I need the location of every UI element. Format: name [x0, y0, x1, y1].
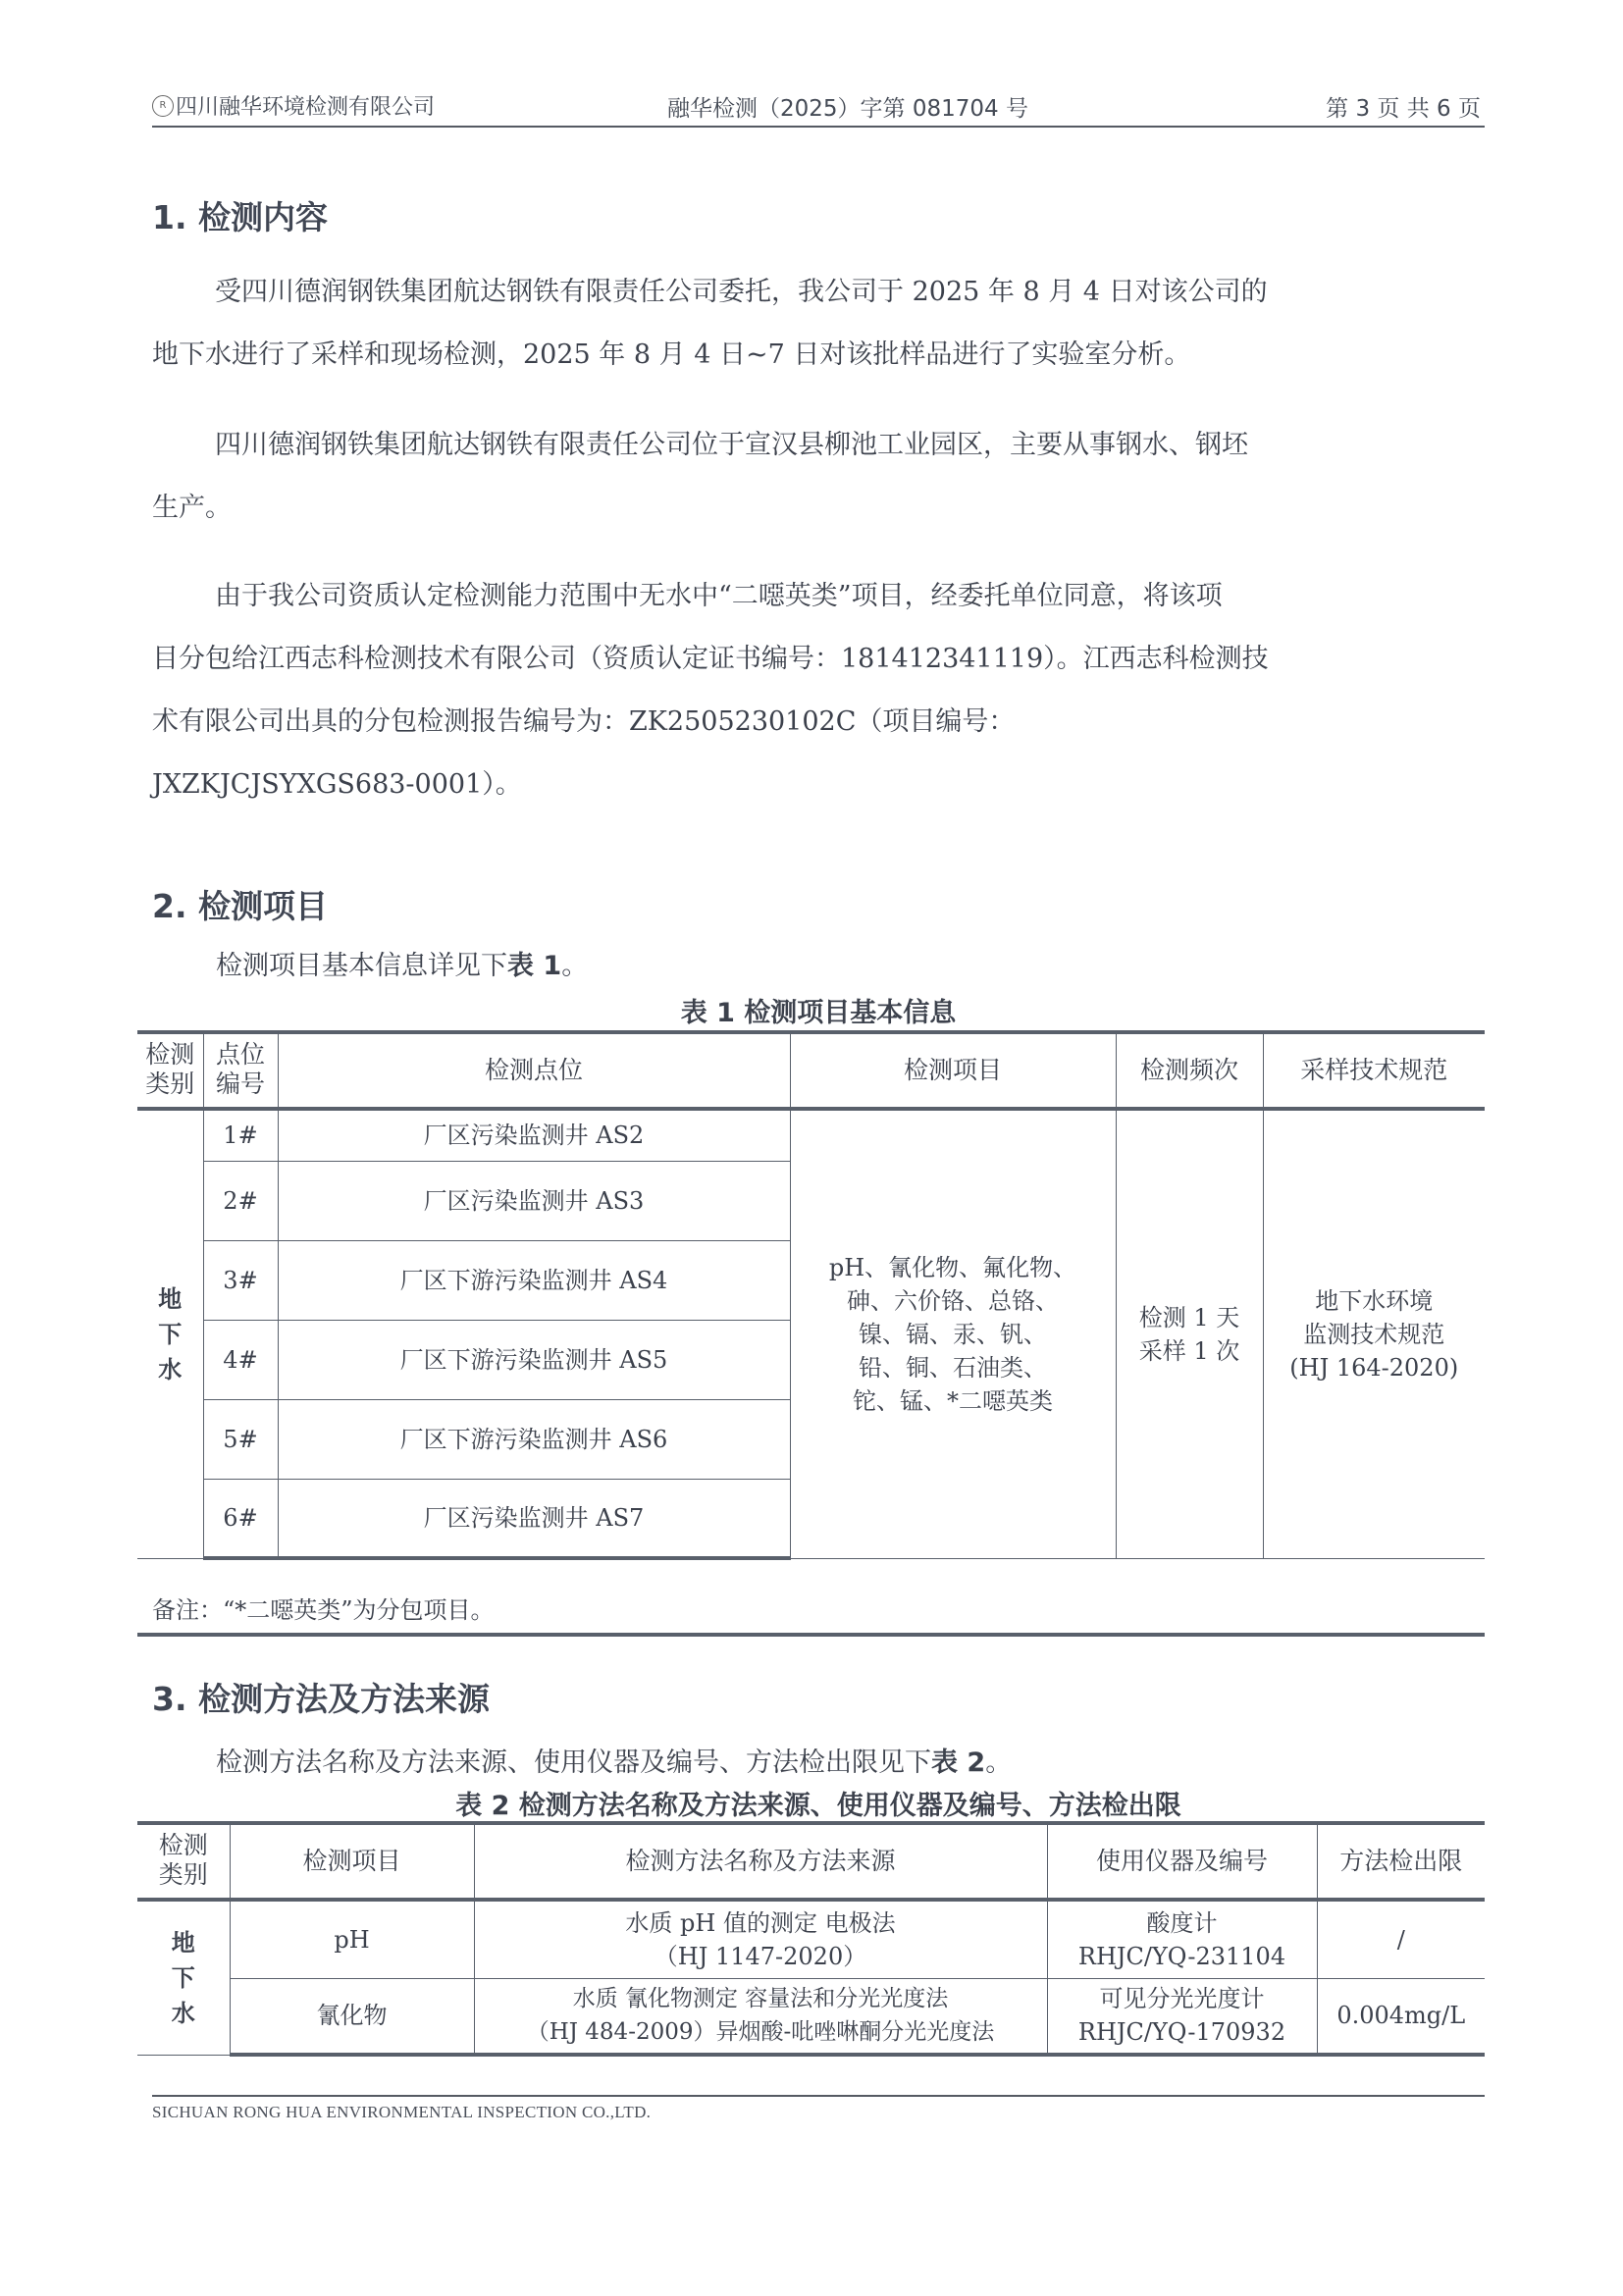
instrument-line: 酸度计 [1048, 1906, 1317, 1940]
method-line: 水质 pH 值的测定 电极法 [475, 1906, 1047, 1940]
table-2-caption: 表 2 检测方法名称及方法来源、使用仪器及编号、方法检出限 [152, 1784, 1485, 1822]
company-name: 四川融华环境检测有限公司 [176, 90, 435, 121]
header-company: R 四川融华环境检测有限公司 [152, 90, 435, 121]
col-header-point-no: 点位编号 [203, 1032, 278, 1109]
lead-end: 。 [985, 1748, 1012, 1778]
table-row: 地下水 1# 厂区污染监测井 AS2 pH、氰化物、氟化物、 砷、六价铬、总铬、… [137, 1109, 1485, 1161]
text-line: 四川德润钢铁集团航达钢铁有限责任公司位于宣汉县柳池工业园区，主要从事钢水、钢坯 [152, 414, 1485, 477]
instrument-line: RHJC/YQ-231104 [1048, 1940, 1317, 1973]
table-1-caption: 表 1 检测项目基本信息 [152, 991, 1485, 1029]
instrument-line: RHJC/YQ-170932 [1048, 2015, 1317, 2049]
col-header-location: 检测点位 [278, 1032, 790, 1109]
section-1-title: 1. 检测内容 [152, 192, 328, 238]
item: pH [230, 1900, 474, 1978]
section-3-lead: 检测方法名称及方法来源、使用仪器及编号、方法检出限见下表 2。 [216, 1741, 1012, 1779]
col-header-method: 检测方法名称及方法来源 [474, 1823, 1047, 1900]
point-no: 4# [203, 1320, 278, 1399]
col-header-frequency: 检测频次 [1116, 1032, 1263, 1109]
report-number: 融华检测（2025）字第 081704 号 [667, 90, 1028, 123]
page-footer: SICHUAN RONG HUA ENVIRONMENTAL INSPECTIO… [152, 2095, 1485, 2122]
col-header-limit: 方法检出限 [1317, 1823, 1485, 1900]
detection-limit: / [1317, 1900, 1485, 1978]
items-line: 砷、六价铬、总铬、 [791, 1284, 1116, 1318]
lead-text: 检测项目基本信息详见下 [216, 951, 507, 981]
frequency-line: 采样 1 次 [1117, 1334, 1263, 1368]
location: 厂区下游污染监测井 AS4 [278, 1240, 790, 1320]
frequency-line: 检测 1 天 [1117, 1301, 1263, 1334]
text-line: 术有限公司出具的分包检测报告编号为：ZK2505230102C（项目编号： [152, 691, 1485, 754]
table-1-note: 备注：“*二噁英类”为分包项目。 [137, 1588, 1485, 1637]
company-logo-icon: R [152, 95, 174, 117]
section-1-paragraph-2: 四川德润钢铁集团航达钢铁有限责任公司位于宣汉县柳池工业园区，主要从事钢水、钢坯 … [152, 414, 1485, 540]
text-line: 由于我公司资质认定检测能力范围中无水中“二噁英类”项目，经委托单位同意，将该项 [152, 565, 1485, 628]
point-no: 1# [203, 1109, 278, 1161]
spec-line: (HJ 164-2020) [1264, 1351, 1486, 1384]
frequency-cell: 检测 1 天 采样 1 次 [1116, 1109, 1263, 1558]
location: 厂区污染监测井 AS3 [278, 1161, 790, 1240]
col-header-instrument: 使用仪器及编号 [1047, 1823, 1317, 1900]
method: 水质 氰化物测定 容量法和分光光度法 （HJ 484-2009）异烟酸-吡唑啉酮… [474, 1978, 1047, 2055]
text-line: JXZKJCJSYXGS683-0001）。 [152, 754, 1485, 816]
instrument: 可见分光光度计 RHJC/YQ-170932 [1047, 1978, 1317, 2055]
method-line: 水质 氰化物测定 容量法和分光光度法 [475, 1982, 1047, 2015]
spec-line: 地下水环境 [1264, 1284, 1486, 1318]
col-header-spec: 采样技术规范 [1263, 1032, 1485, 1109]
section-1-paragraph-3: 由于我公司资质认定检测能力范围中无水中“二噁英类”项目，经委托单位同意，将该项 … [152, 565, 1485, 816]
col-header-category: 检测类别 [137, 1032, 203, 1109]
detection-limit: 0.004mg/L [1317, 1978, 1485, 2055]
page-header: R 四川融华环境检测有限公司 融华检测（2025）字第 081704 号 第 3… [152, 88, 1485, 128]
category-cell: 地下水 [137, 1900, 230, 2055]
text-line: 目分包给江西志科检测技术有限公司（资质认定证书编号：181412341119）。… [152, 628, 1485, 691]
point-no: 6# [203, 1479, 278, 1558]
section-1-paragraph-1: 受四川德润钢铁集团航达钢铁有限责任公司委托，我公司于 2025 年 8 月 4 … [152, 261, 1485, 387]
instrument: 酸度计 RHJC/YQ-231104 [1047, 1900, 1317, 1978]
category-cell: 地下水 [137, 1109, 203, 1558]
point-no: 2# [203, 1161, 278, 1240]
table-reference: 表 2 [931, 1748, 985, 1778]
point-no: 5# [203, 1399, 278, 1479]
items-cell: pH、氰化物、氟化物、 砷、六价铬、总铬、 镍、镉、汞、钒、 铅、铜、石油类、 … [790, 1109, 1116, 1558]
col-header-category: 检测类别 [137, 1823, 230, 1900]
items-line: 铊、锰、*二噁英类 [791, 1384, 1116, 1418]
location: 厂区污染监测井 AS7 [278, 1479, 790, 1558]
spec-line: 监测技术规范 [1264, 1318, 1486, 1351]
lead-text: 检测方法名称及方法来源、使用仪器及编号、方法检出限见下 [216, 1748, 931, 1778]
page-number: 第 3 页 共 6 页 [1326, 90, 1481, 123]
table-reference: 表 1 [507, 951, 561, 981]
items-line: pH、氰化物、氟化物、 [791, 1251, 1116, 1284]
text-line: 受四川德润钢铁集团航达钢铁有限责任公司委托，我公司于 2025 年 8 月 4 … [152, 261, 1485, 324]
text-line: 生产。 [152, 477, 1485, 540]
location: 厂区下游污染监测井 AS5 [278, 1320, 790, 1399]
table-row: 氰化物 水质 氰化物测定 容量法和分光光度法 （HJ 484-2009）异烟酸-… [137, 1978, 1485, 2055]
table-header-row: 检测类别 检测项目 检测方法名称及方法来源 使用仪器及编号 方法检出限 [137, 1823, 1485, 1900]
items-line: 铅、铜、石油类、 [791, 1351, 1116, 1384]
col-header-item: 检测项目 [230, 1823, 474, 1900]
section-2-title: 2. 检测项目 [152, 881, 328, 927]
col-header-items: 检测项目 [790, 1032, 1116, 1109]
instrument-line: 可见分光光度计 [1048, 1982, 1317, 2015]
table-header-row: 检测类别 点位编号 检测点位 检测项目 检测频次 采样技术规范 [137, 1032, 1485, 1109]
method-line: （HJ 1147-2020） [475, 1940, 1047, 1973]
table-2-methods: 检测类别 检测项目 检测方法名称及方法来源 使用仪器及编号 方法检出限 地下水 … [137, 1821, 1485, 2057]
table-1-basic-info: 检测类别 点位编号 检测点位 检测项目 检测频次 采样技术规范 地下水 1# 厂… [137, 1030, 1485, 1560]
method-line: （HJ 484-2009）异烟酸-吡唑啉酮分光光度法 [475, 2015, 1047, 2049]
section-2-lead: 检测项目基本信息详见下表 1。 [216, 944, 588, 982]
lead-end: 。 [561, 951, 588, 981]
point-no: 3# [203, 1240, 278, 1320]
items-line: 镍、镉、汞、钒、 [791, 1318, 1116, 1351]
method: 水质 pH 值的测定 电极法 （HJ 1147-2020） [474, 1900, 1047, 1978]
section-3-title: 3. 检测方法及方法来源 [152, 1674, 490, 1720]
item: 氰化物 [230, 1978, 474, 2055]
table-row: 地下水 pH 水质 pH 值的测定 电极法 （HJ 1147-2020） 酸度计… [137, 1900, 1485, 1978]
text-line: 地下水进行了采样和现场检测，2025 年 8 月 4 日~7 日对该批样品进行了… [152, 324, 1485, 387]
spec-cell: 地下水环境 监测技术规范 (HJ 164-2020) [1263, 1109, 1485, 1558]
location: 厂区污染监测井 AS2 [278, 1109, 790, 1161]
location: 厂区下游污染监测井 AS6 [278, 1399, 790, 1479]
